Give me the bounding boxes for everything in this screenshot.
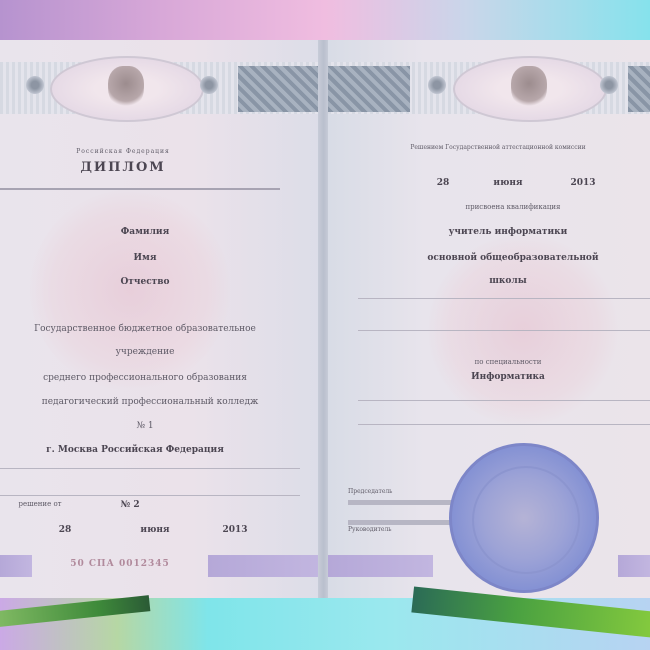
- date-month: июня: [130, 525, 180, 535]
- emblem-oval: [453, 56, 607, 122]
- specialty-label: по специальности: [443, 358, 573, 366]
- serial-number: 50 СПА 0012345: [40, 559, 200, 569]
- first-name: Имя: [70, 253, 220, 263]
- protocol-label: решение от: [0, 500, 80, 508]
- color-strip: [618, 555, 650, 577]
- coat-of-arms-icon: [511, 66, 547, 110]
- diploma-title: ДИПЛОМ: [38, 160, 208, 175]
- diploma-document: Российская Федерация ДИПЛОМ Фамилия Имя …: [0, 40, 650, 605]
- decorative-band: [328, 66, 410, 112]
- watermark-emblem: [30, 190, 230, 390]
- city: г. Москва Российская Федерация: [20, 445, 250, 455]
- date-year: 2013: [563, 178, 603, 188]
- date-month: июня: [483, 178, 533, 188]
- color-strip: [208, 555, 322, 577]
- rosette-icon: [600, 76, 618, 94]
- qualification-line: школы: [458, 276, 558, 286]
- coat-of-arms-icon: [108, 66, 144, 110]
- color-strip: [328, 555, 433, 577]
- color-strip: [0, 555, 32, 577]
- stamp-inner-ring: [472, 466, 580, 574]
- patronymic: Отчество: [70, 277, 220, 287]
- ruled-line: [358, 424, 650, 425]
- institution-line: № 1: [70, 421, 220, 431]
- ruled-line: [358, 330, 650, 331]
- protocol-number: № 2: [110, 500, 150, 510]
- ruled-line: [358, 298, 650, 299]
- official-stamp: [449, 443, 599, 593]
- date-year: 2013: [215, 525, 255, 535]
- decorative-band: [238, 66, 322, 112]
- signature-label: Председатель: [348, 488, 468, 495]
- date-day: 28: [50, 525, 80, 535]
- qualification-line: основной общеобразовательной: [398, 253, 628, 263]
- emblem-oval: [50, 56, 204, 122]
- ruled-line: [358, 400, 650, 401]
- rosette-icon: [428, 76, 446, 94]
- surname: Фамилия: [70, 227, 220, 237]
- rosette-icon: [26, 76, 44, 94]
- institution-line: Государственное бюджетное образовательно…: [0, 324, 290, 334]
- commission-header: Решением Государственной аттестационной …: [348, 144, 648, 151]
- specialty: Информатика: [443, 372, 573, 382]
- institution-line: среднего профессионального образования: [0, 373, 290, 383]
- ruled-line: [0, 468, 300, 469]
- date-day: 28: [428, 178, 458, 188]
- ruled-line: [0, 495, 300, 496]
- divider: [0, 188, 280, 190]
- awarded-label: присвоена квалификация: [428, 203, 598, 211]
- rosette-icon: [200, 76, 218, 94]
- authority-line: Российская Федерация: [38, 148, 208, 155]
- qualification-line: учитель информатики: [408, 227, 608, 237]
- diploma-left-page: Российская Федерация ДИПЛОМ Фамилия Имя …: [0, 40, 322, 605]
- institution-line: педагогический профессиональный колледж: [0, 397, 300, 407]
- decorative-band: [628, 66, 650, 112]
- institution-line: учреждение: [70, 347, 220, 357]
